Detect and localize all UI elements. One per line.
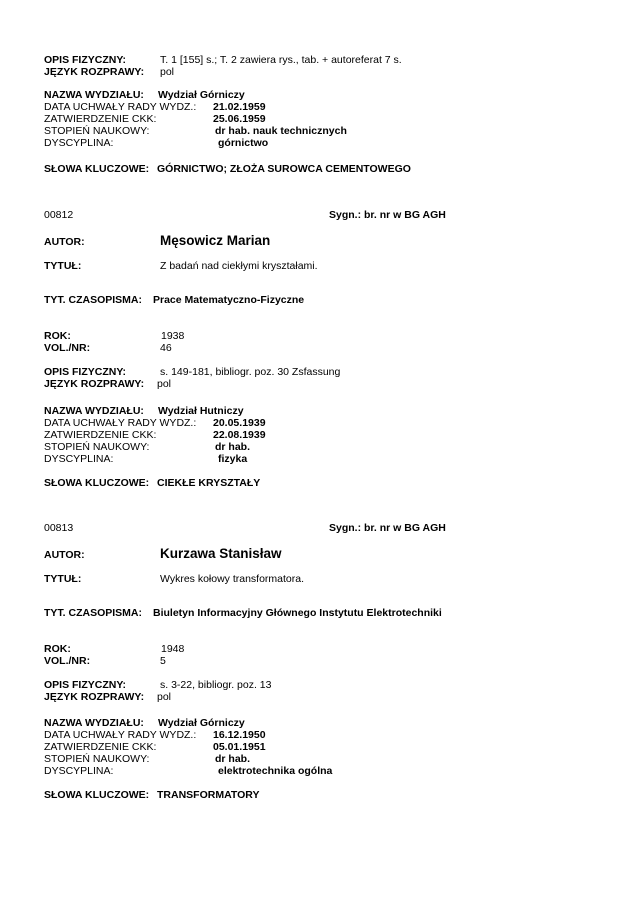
record-number: 00812 [44,209,73,221]
opis-value: T. 1 [155] s.; T. 2 zawiera rys., tab. +… [160,54,402,66]
autor-value: Kurzawa Stanisław [160,546,282,562]
data-uchwaly-label: DATA UCHWAŁY RADY WYDZ.: [44,729,196,741]
slowa-value: GÓRNICTWO; ZŁOŻA SUROWCA CEMENTOWEGO [157,163,411,175]
jezyk-label: JĘZYK ROZPRAWY: [44,378,144,390]
zatwierdzenie-label: ZATWIERDZENIE CKK: [44,113,156,125]
wydzial-label: NAZWA WYDZIAŁU: [44,405,144,417]
dyscyplina-label: DYSCYPLINA: [44,765,113,777]
czasopismo-label: TYT. CZASOPISMA: [44,294,142,306]
autor-value: Męsowicz Marian [160,233,270,249]
slowa-value: TRANSFORMATORY [157,789,259,801]
opis-value: s. 3-22, bibliogr. poz. 13 [160,679,272,691]
data-uchwaly-value: 20.05.1939 [213,417,266,429]
data-uchwaly-value: 16.12.1950 [213,729,266,741]
data-uchwaly-value: 21.02.1959 [213,101,266,113]
stopien-value: dr hab. [215,441,250,453]
wydzial-value: Wydział Hutniczy [158,405,244,417]
vol-label: VOL./NR: [44,342,90,354]
dyscyplina-value: elektrotechnika ogólna [218,765,332,777]
czasopismo-label: TYT. CZASOPISMA: [44,607,142,619]
data-uchwaly-label: DATA UCHWAŁY RADY WYDZ.: [44,417,196,429]
autor-label: AUTOR: [44,549,85,561]
zatwierdzenie-value: 22.08.1939 [213,429,266,441]
slowa-label: SŁOWA KLUCZOWE: [44,789,149,801]
vol-value: 46 [160,342,172,354]
czasopismo-value: Prace Matematyczno-Fizyczne [153,294,304,306]
dyscyplina-value: górnictwo [218,137,268,149]
wydzial-value: Wydział Górniczy [158,717,245,729]
opis-label: OPIS FIZYCZNY: [44,679,126,691]
sygnatura: Sygn.: br. nr w BG AGH [329,209,446,221]
data-uchwaly-label: DATA UCHWAŁY RADY WYDZ.: [44,101,196,113]
slowa-label: SŁOWA KLUCZOWE: [44,477,149,489]
zatwierdzenie-value: 25.06.1959 [213,113,266,125]
zatwierdzenie-label: ZATWIERDZENIE CKK: [44,741,156,753]
opis-label: OPIS FIZYCZNY: [44,366,126,378]
jezyk-value: pol [160,66,174,78]
vol-value: 5 [160,655,166,667]
dyscyplina-label: DYSCYPLINA: [44,453,113,465]
stopien-value: dr hab. [215,753,250,765]
wydzial-label: NAZWA WYDZIAŁU: [44,717,144,729]
autor-label: AUTOR: [44,236,85,248]
tytul-label: TYTUŁ: [44,260,81,272]
slowa-value: CIEKŁE KRYSZTAŁY [157,477,260,489]
slowa-label: SŁOWA KLUCZOWE: [44,163,149,175]
rok-label: ROK: [44,330,71,342]
tytul-value: Z badań nad ciekłymi kryształami. [160,260,318,272]
tytul-value: Wykres kołowy transformatora. [160,573,304,585]
jezyk-value: pol [157,378,171,390]
tytul-label: TYTUŁ: [44,573,81,585]
jezyk-value: pol [157,691,171,703]
wydzial-label: NAZWA WYDZIAŁU: [44,89,144,101]
czasopismo-value: Biuletyn Informacyjny Głównego Instytutu… [153,607,442,619]
zatwierdzenie-value: 05.01.1951 [213,741,266,753]
dyscyplina-value: fizyka [218,453,247,465]
stopien-label: STOPIEŃ NAUKOWY: [44,753,149,765]
rok-label: ROK: [44,643,71,655]
stopien-label: STOPIEŃ NAUKOWY: [44,441,149,453]
record-number: 00813 [44,522,73,534]
rok-value: 1948 [161,643,184,655]
zatwierdzenie-label: ZATWIERDZENIE CKK: [44,429,156,441]
dyscyplina-label: DYSCYPLINA: [44,137,113,149]
sygnatura: Sygn.: br. nr w BG AGH [329,522,446,534]
stopien-label: STOPIEŃ NAUKOWY: [44,125,149,137]
opis-value: s. 149-181, bibliogr. poz. 30 Zsfassung [160,366,340,378]
jezyk-label: JĘZYK ROZPRAWY: [44,66,144,78]
jezyk-label: JĘZYK ROZPRAWY: [44,691,144,703]
stopien-value: dr hab. nauk technicznych [215,125,347,137]
rok-value: 1938 [161,330,184,342]
opis-label: OPIS FIZYCZNY: [44,54,126,66]
wydzial-value: Wydział Górniczy [158,89,245,101]
vol-label: VOL./NR: [44,655,90,667]
